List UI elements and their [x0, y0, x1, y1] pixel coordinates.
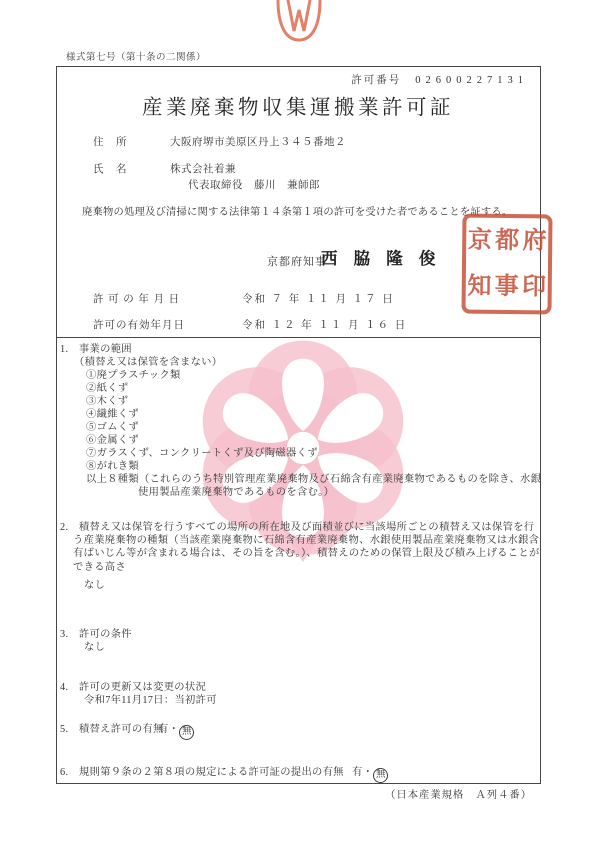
section2-value: なし: [84, 579, 105, 592]
waste-type-item: ①廃プラスチック類: [86, 369, 181, 382]
section3-heading: 3. 許可の条件: [60, 628, 132, 641]
name-label: 氏 名: [93, 161, 128, 176]
waste-type-item: ⑥金属くず: [86, 434, 139, 447]
seal-char: 事: [495, 275, 519, 299]
section5-options: 有・無: [158, 723, 194, 740]
valid-date-value: 令和 １２ 年 １１ 月 １６ 日: [242, 317, 407, 332]
section6-heading: 6. 規則第９条の２第８項の規定による許可証の提出の有無: [60, 766, 344, 779]
granted-date-label: 許 可 の 年 月 日: [93, 291, 180, 306]
section4-heading: 4. 許可の更新又は変更の状況: [60, 681, 206, 694]
section6-options: 有・無: [352, 766, 388, 783]
section1-note: （積替え又は保管を含まない）: [74, 356, 222, 369]
option-nashi-circled: 無: [179, 725, 194, 740]
section1-summary-line2: 使用製品産業廃棄物であるものを含む。）: [138, 486, 334, 499]
waste-type-item: ⑤ゴムくず: [86, 421, 139, 434]
seal-char: 都: [495, 229, 519, 253]
form-number-label: 様式第七号（第十条の二関係）: [66, 49, 206, 63]
address-label: 住 所: [93, 134, 128, 149]
section3-value: なし: [84, 641, 105, 654]
certification-statement: 廃棄物の処理及び清掃に関する法律第１４条第１項の許可を受けた者であることを証する…: [82, 203, 522, 218]
valid-date-label: 許可の有効年月日: [93, 317, 185, 332]
permit-document-page: 様式第七号（第十条の二関係） 許可番号02600227131 産業廃棄物収集運搬…: [0, 0, 595, 842]
seal-char: 印: [522, 275, 546, 299]
seal-char: 府: [522, 229, 546, 253]
governor-seal-stamp: 京 都 府 知 事 印: [461, 214, 552, 315]
seal-char: 京: [468, 229, 492, 253]
section4-value: 令和7年11月17日：当初許可: [84, 694, 217, 707]
waste-type-item: ⑦ガラスくず、コンクリートくず及び陶磁器くず: [86, 447, 318, 460]
section5-heading: 5. 積替え許可の有無: [60, 723, 164, 736]
permit-number-label: 許可番号: [351, 75, 401, 86]
section-divider-line: [56, 337, 540, 338]
waste-type-item: ②紙くず: [86, 382, 128, 395]
representative-value: 代表取締役 藤川 兼師郎: [188, 177, 320, 192]
seal-char: 知: [467, 275, 491, 299]
waste-type-item: ⑧がれき類: [86, 460, 139, 473]
jis-paper-note: （日本産業規格 Ａ列４番）: [56, 786, 532, 801]
option-ari: 有・: [158, 724, 179, 735]
section1-summary-line1: 以上８種類（これらのうち特別管理産業廃棄物及び石綿含有産業廃棄物であるものを除き…: [86, 473, 541, 486]
section1-heading: 1. 事業の範囲: [60, 343, 132, 356]
issuer-name: 西 脇 隆 俊: [321, 245, 441, 269]
section2-heading: 2. 積替え又は保管を行うすべての場所の所在地及び面積並びに当該場所ごとの積替え…: [60, 521, 543, 574]
option-ari: 有・: [352, 767, 373, 778]
granted-date-value: 令和 ７ 年 １１ 月 １７ 日: [242, 291, 395, 306]
issuer-title: 京都府知事: [267, 253, 327, 269]
address-value: 大阪府堺市美原区丹上３４５番地２: [170, 134, 346, 149]
document-title: 産業廃棄物収集運搬業許可証: [56, 90, 540, 120]
company-name-value: 株式会社着兼: [170, 161, 236, 176]
partial-red-stamp-icon: [272, 0, 326, 46]
permit-number-value: 02600227131: [415, 75, 528, 86]
option-nashi-circled: 無: [373, 768, 388, 783]
waste-type-item: ④繊維くず: [86, 408, 139, 421]
waste-type-item: ③木くず: [86, 395, 128, 408]
permit-number-row: 許可番号02600227131: [56, 72, 528, 87]
